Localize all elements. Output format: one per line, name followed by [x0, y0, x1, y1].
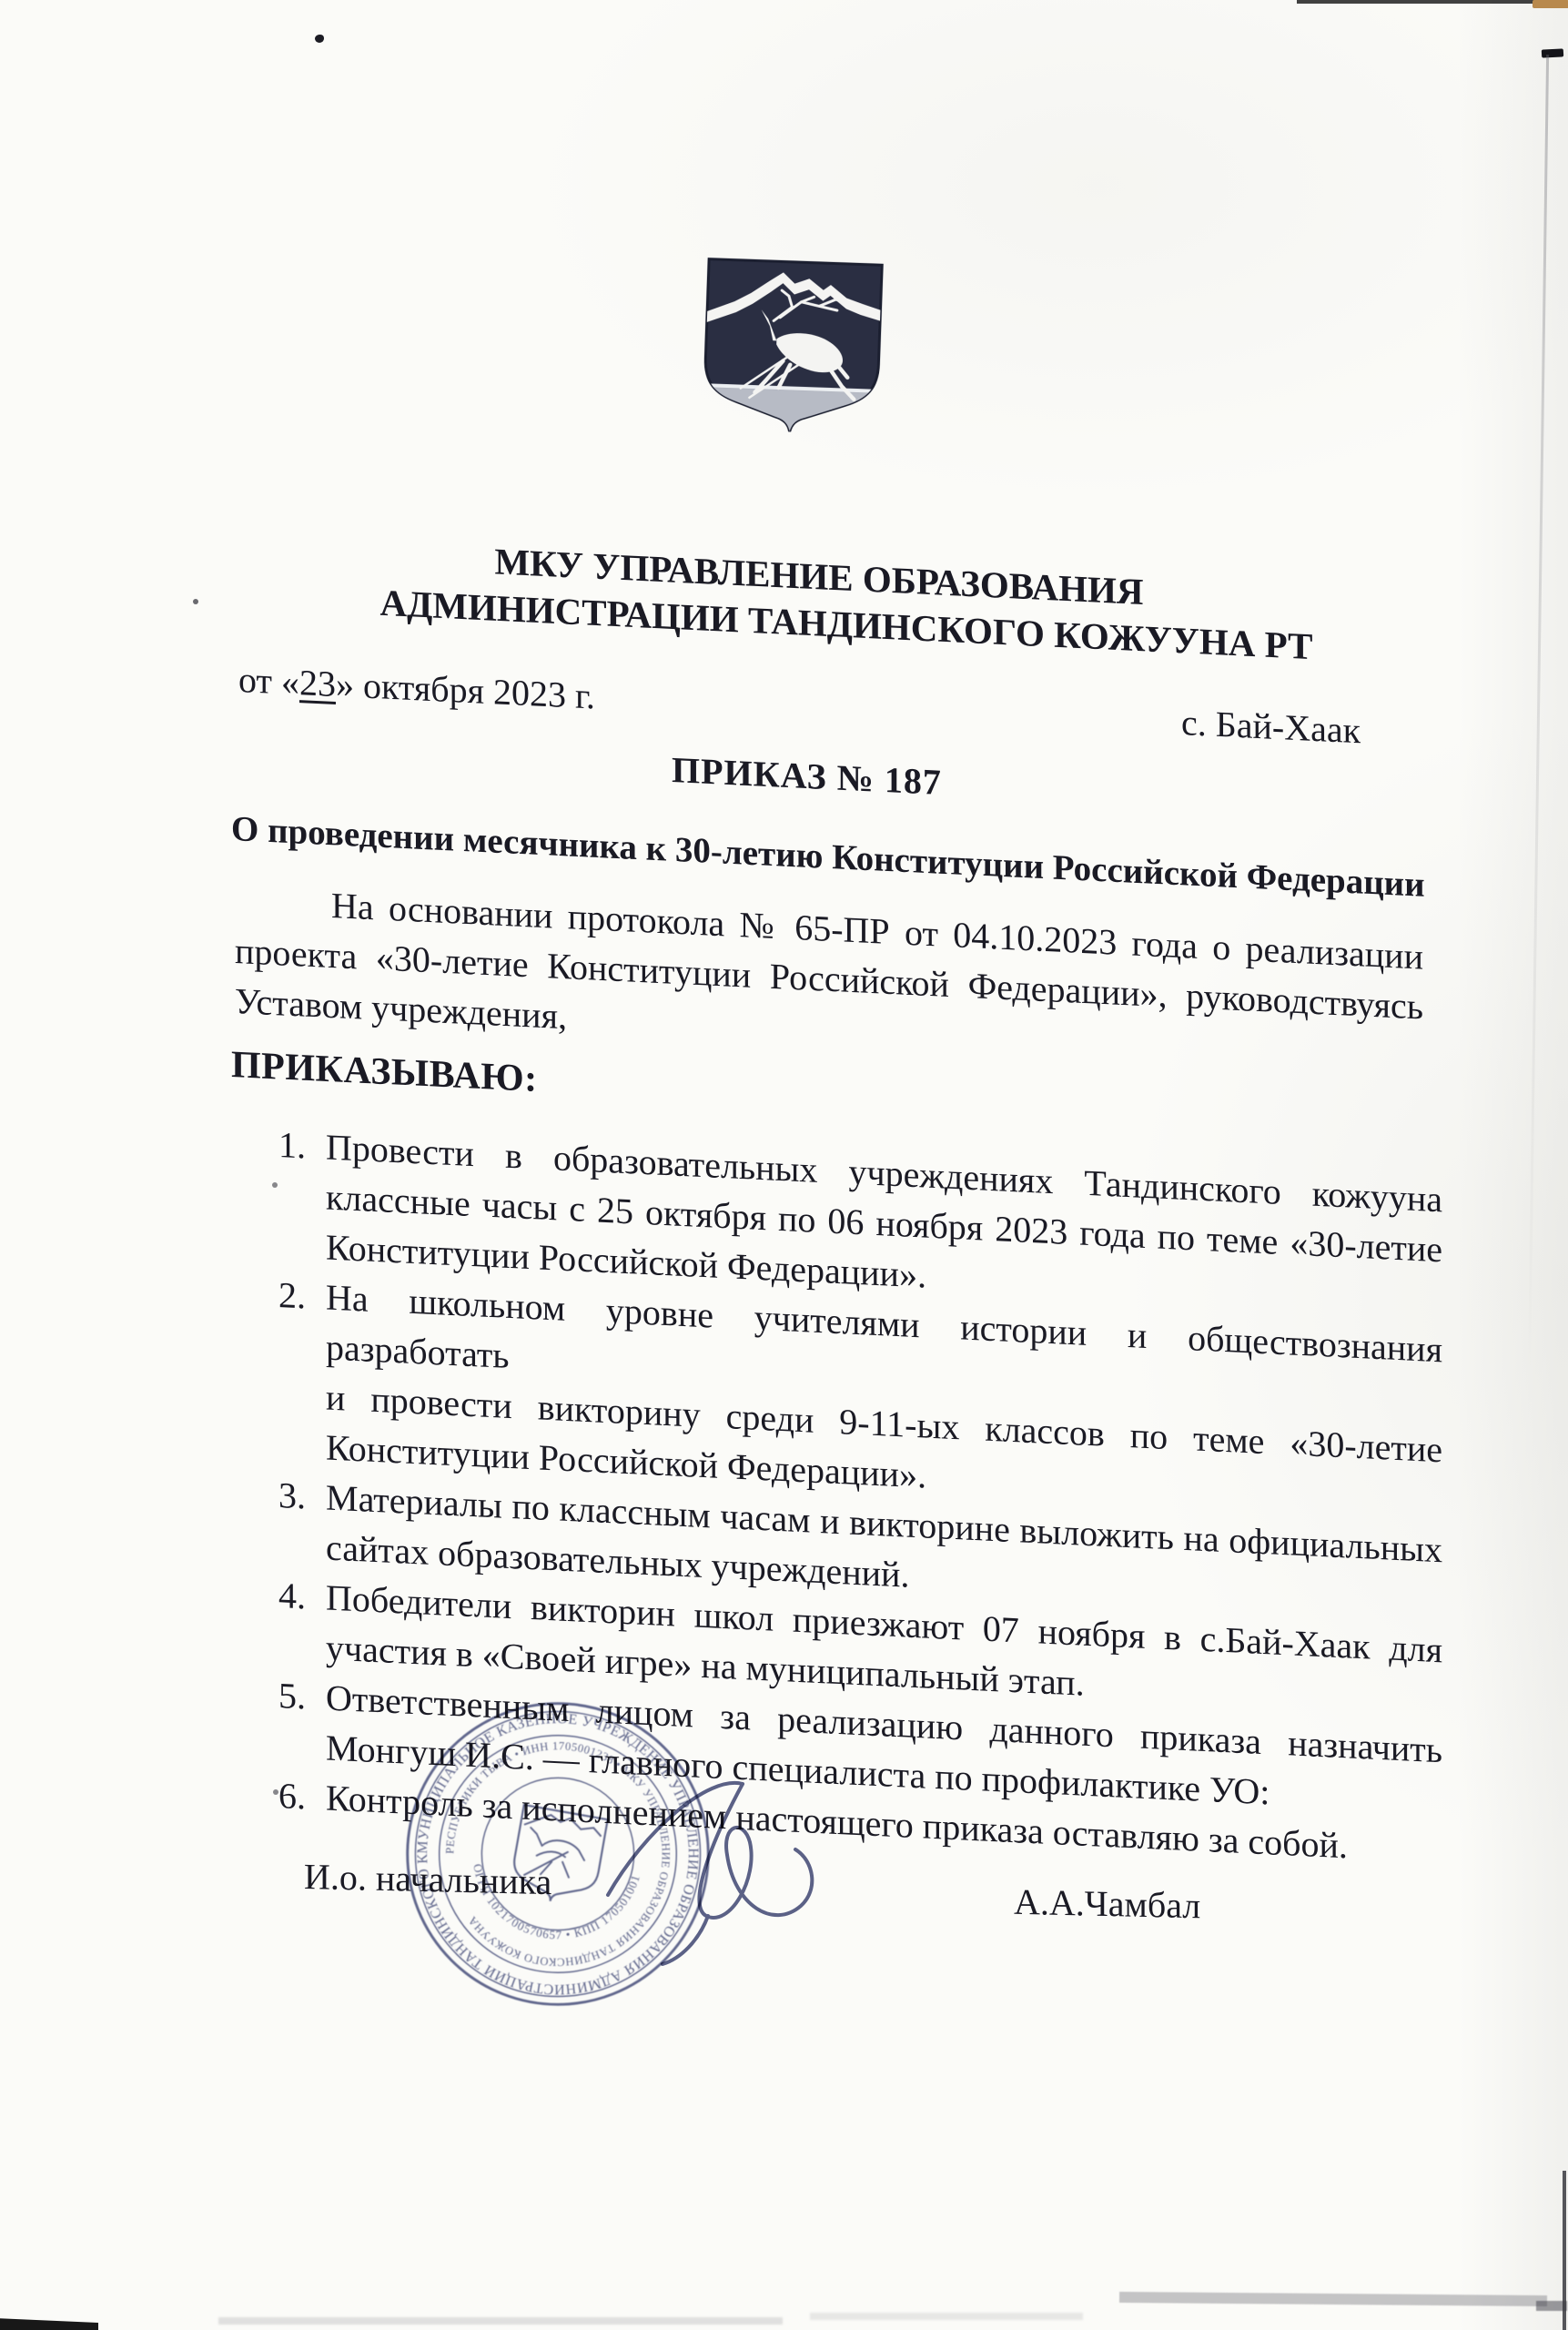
scan-artifact-dot: [273, 1789, 278, 1795]
item-number: 5.: [278, 1670, 306, 1721]
scan-artifact-dot: [272, 1182, 278, 1188]
signature-stroke: [572, 1768, 826, 1981]
date-suffix: » октября 2023 г.: [336, 664, 595, 716]
order-place: с. Бай-Хаак: [1181, 701, 1361, 752]
scan-artifact-smudge: [218, 2317, 783, 2325]
scan-artifact-smudge: [810, 2313, 1083, 2320]
order-number-heading: ПРИКАЗ № 187: [672, 748, 942, 804]
scan-artifact-crease: [1528, 55, 1549, 1374]
scan-artifact-dash: [1542, 48, 1563, 57]
coat-of-arms-icon: [691, 252, 895, 437]
scan-artifact-bottom-left-bar: [0, 2315, 98, 2330]
decree-word: ПРИКАЗЫВАЮ:: [231, 1043, 538, 1101]
date-prefix: от «: [238, 659, 299, 703]
item-number: 1.: [278, 1119, 306, 1170]
scan-artifact-corner-tape: [1533, 0, 1568, 8]
scan-artifact-right-edge-line: [1563, 2171, 1566, 2330]
item-number: 6.: [278, 1770, 306, 1821]
item-number: 2.: [278, 1270, 306, 1321]
scan-artifact-dot: [315, 35, 324, 43]
scanned-document-page: МКУ УПРАВЛЕНИЕ ОБРАЗОВАНИЯ АДМИНИСТРАЦИИ…: [0, 0, 1568, 2330]
item-number: 3.: [278, 1470, 306, 1521]
scan-artifact-dot: [193, 599, 198, 604]
scan-artifact-smudge: [1119, 2292, 1547, 2306]
date-day: 23: [299, 662, 336, 704]
item-number: 4.: [278, 1570, 306, 1621]
scan-artifact-top-strip: [1297, 0, 1556, 4]
signer-name: А.А.Чамбал: [1014, 1880, 1200, 1928]
order-date: от «23» октября 2023 г.: [238, 658, 595, 717]
